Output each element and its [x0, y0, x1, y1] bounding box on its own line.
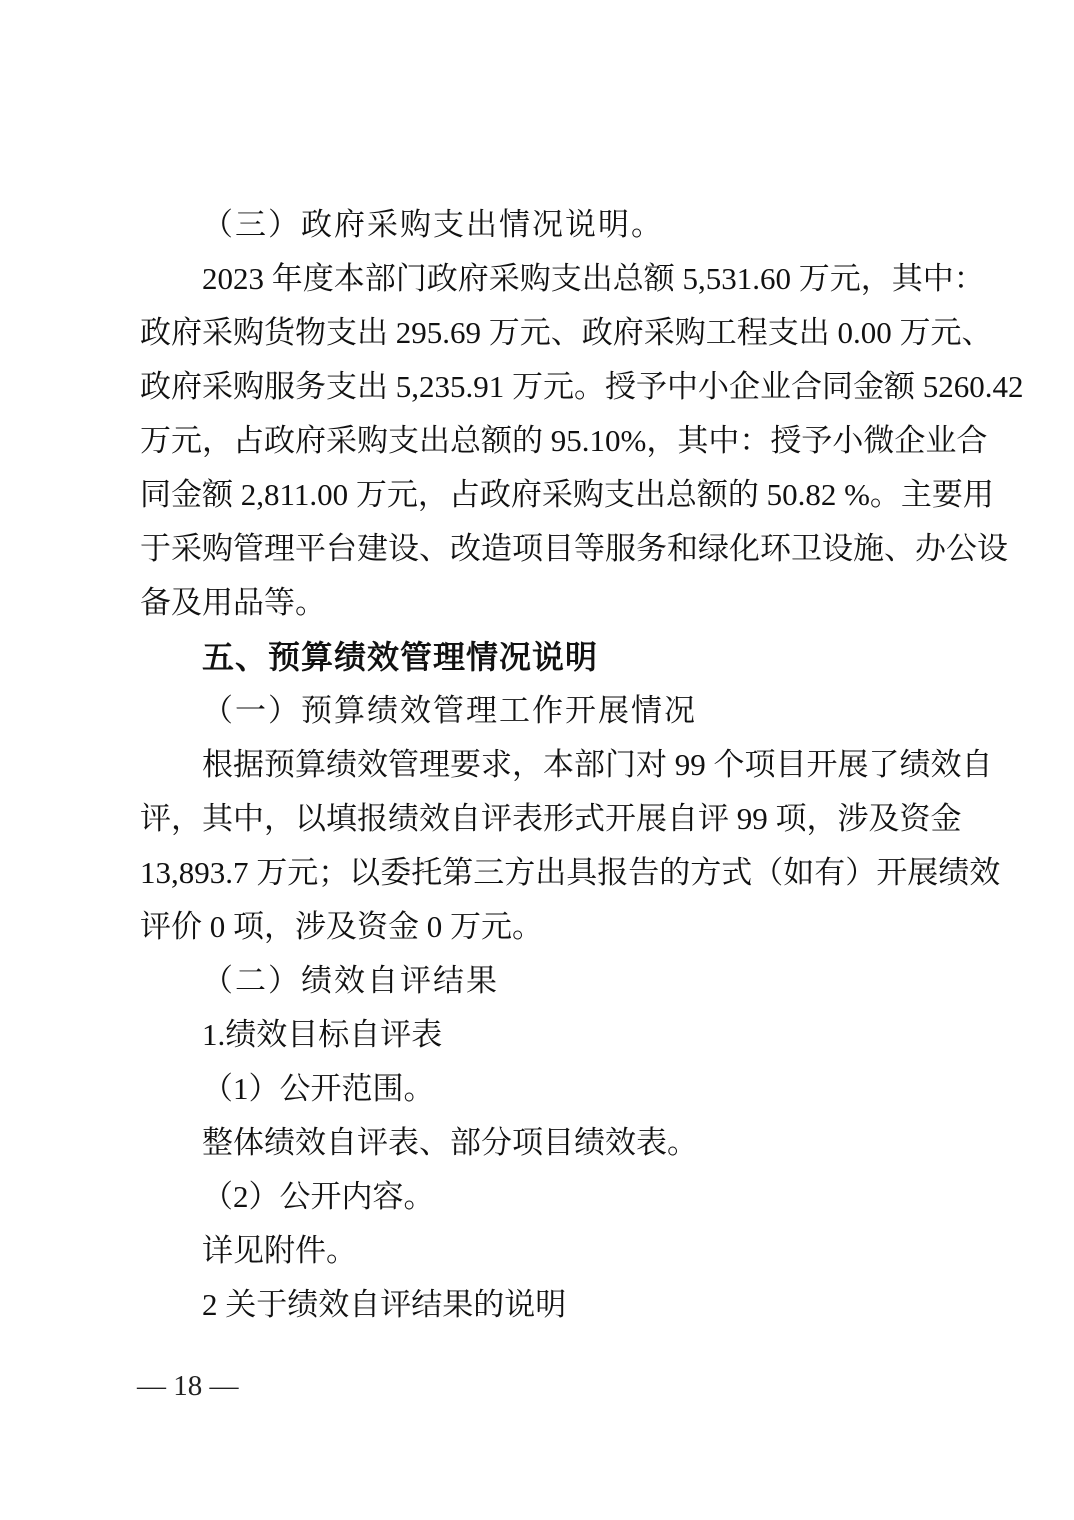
procurement-paragraph-line: 万元，占政府采购支出总额的 95.10%，其中：授予小微企业合: [140, 414, 936, 468]
performance-paragraph-line: 评，其中，以填报绩效自评表形式开展自评 99 项，涉及资金: [140, 792, 936, 846]
item-see-attachment: 详见附件。: [140, 1224, 936, 1278]
procurement-paragraph-line: 于采购管理平台建设、改造项目等服务和绿化环卫设施、办公设: [140, 522, 936, 576]
performance-paragraph-line: 13,893.7 万元；以委托第三方出具报告的方式（如有）开展绩效: [140, 846, 936, 900]
subsection-heading-performance-work: （一）预算绩效管理工作开展情况: [140, 684, 936, 738]
performance-paragraph-line: 评价 0 项，涉及资金 0 万元。: [140, 900, 936, 954]
procurement-paragraph-line: 政府采购服务支出 5,235.91 万元。授予中小企业合同金额 5260.42: [140, 360, 936, 414]
section-heading-procurement: （三）政府采购支出情况说明。: [140, 198, 936, 252]
item-public-scope: （1）公开范围。: [140, 1062, 936, 1116]
document-body: （三）政府采购支出情况说明。 2023 年度本部门政府采购支出总额 5,531.…: [140, 198, 936, 1332]
section-heading-performance-management: 五、预算绩效管理情况说明: [140, 630, 936, 684]
procurement-paragraph-line: 同金额 2,811.00 万元，占政府采购支出总额的 50.82 %。主要用: [140, 468, 936, 522]
procurement-paragraph-line: 备及用品等。: [140, 576, 936, 630]
item-public-content: （2）公开内容。: [140, 1170, 936, 1224]
subsection-heading-self-evaluation-results: （二）绩效自评结果: [140, 954, 936, 1008]
item-scope-detail: 整体绩效自评表、部分项目绩效表。: [140, 1116, 936, 1170]
performance-paragraph-line: 根据预算绩效管理要求，本部门对 99 个项目开展了绩效自: [140, 738, 936, 792]
item-results-note: 2 关于绩效自评结果的说明: [140, 1278, 936, 1332]
page-number: — 18 —: [137, 1366, 239, 1406]
procurement-paragraph-line: 政府采购货物支出 295.69 万元、政府采购工程支出 0.00 万元、: [140, 306, 936, 360]
procurement-paragraph-line: 2023 年度本部门政府采购支出总额 5,531.60 万元，其中：: [140, 252, 936, 306]
document-page: （三）政府采购支出情况说明。 2023 年度本部门政府采购支出总额 5,531.…: [0, 0, 1074, 1520]
item-self-evaluation-table: 1.绩效目标自评表: [140, 1008, 936, 1062]
